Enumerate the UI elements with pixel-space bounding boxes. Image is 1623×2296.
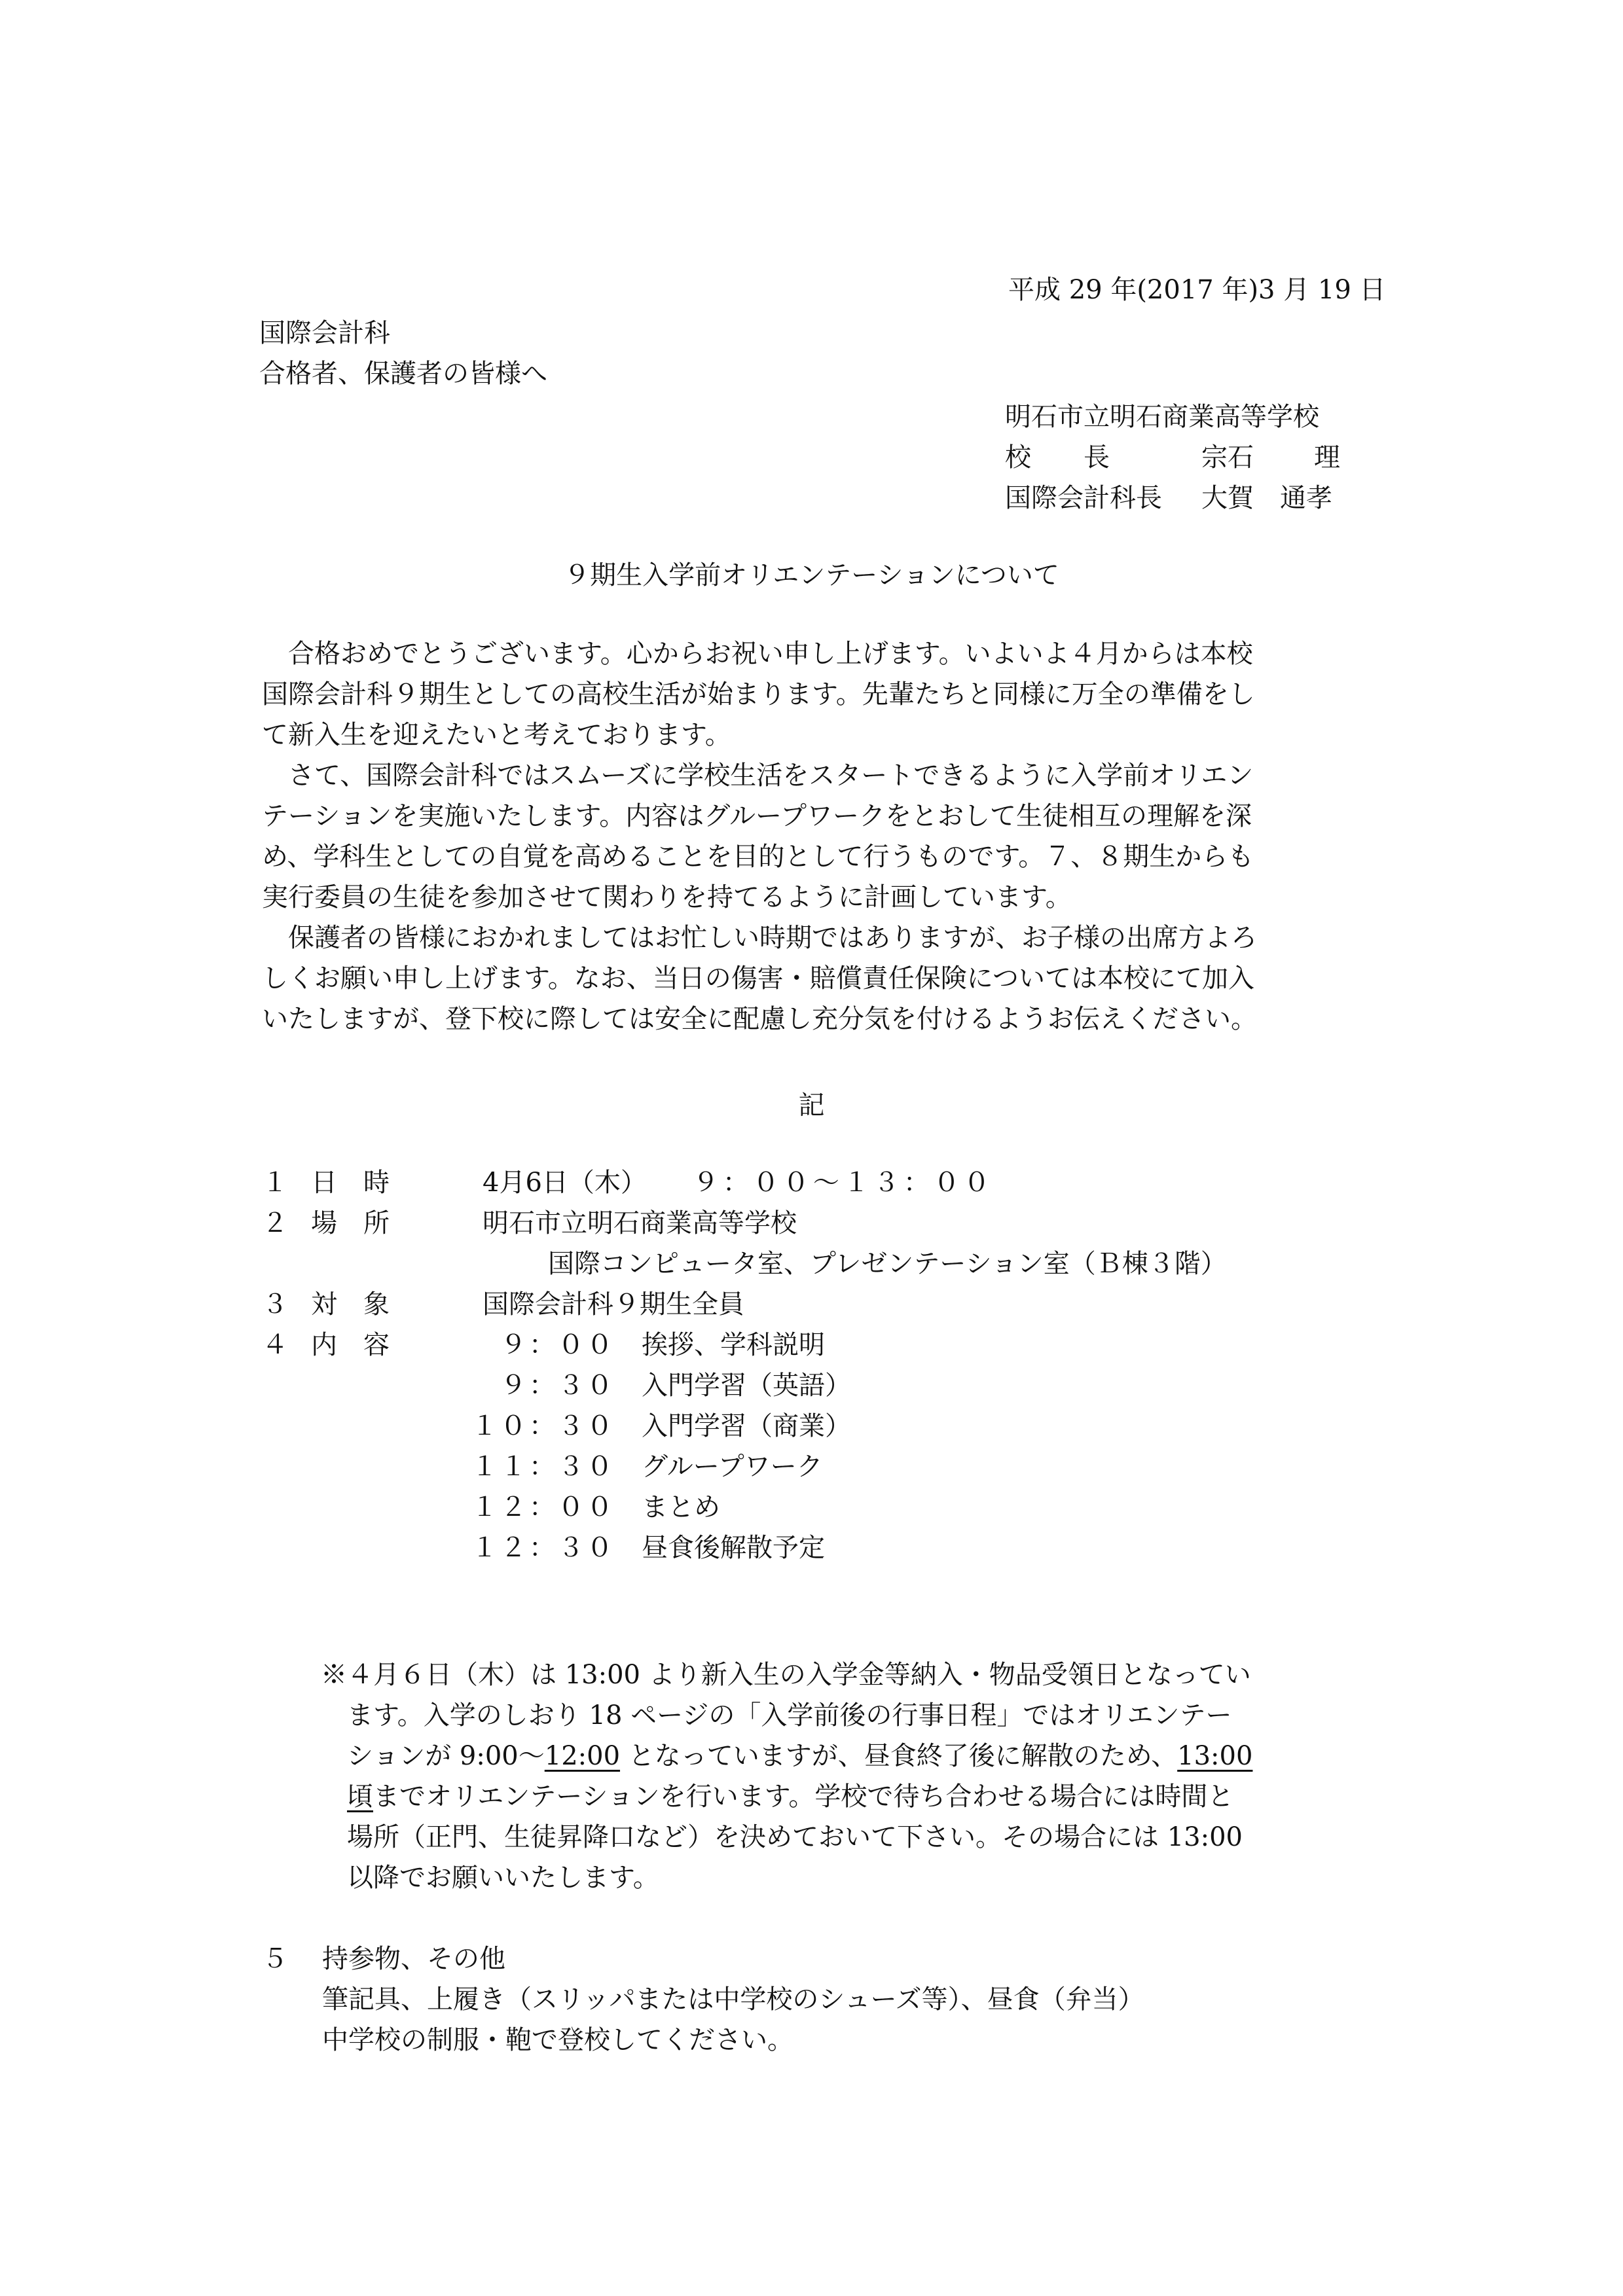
schedule-row: １１：３０ グループワーク xyxy=(367,1446,851,1487)
principal-name: 宗石理 xyxy=(1201,437,1340,478)
item5-line: 筆記具、上履き（スリッパまたは中学校のシューズ等）、昼食（弁当） xyxy=(262,1979,1144,2020)
ki-heading: 記 xyxy=(0,1085,1623,1126)
paragraph-line: め、学科生としての自覚を高めることを目的として行うものです。７、８期生からも xyxy=(236,836,1388,877)
schedule-activity: 入門学習（商業） xyxy=(642,1406,851,1446)
document-title: ９期生入学前オリエンテーションについて xyxy=(0,555,1623,596)
document-date: 平成 29 年(2017 年)3 月 19 日 xyxy=(1008,270,1386,310)
dept-head-name: 大賀 通孝 xyxy=(1201,478,1332,518)
addressee-department: 国際会計科 xyxy=(259,313,547,353)
schedule-row: ９：３０ 入門学習（英語） xyxy=(367,1365,851,1406)
item-value: 国際会計科９期生全員 xyxy=(483,1284,744,1325)
item5-line: 中学校の制服・鞄で登校してください。 xyxy=(262,2020,1144,2060)
paragraph-line: いたしますが、登下校に際しては安全に配慮し充分気を付けるようお伝えください。 xyxy=(236,999,1388,1039)
schedule-time: ９：３０ xyxy=(367,1365,615,1406)
sender-school: 明石市立明石商業高等学校 xyxy=(1005,397,1340,437)
addressee-block: 国際会計科 合格者、保護者の皆様へ xyxy=(259,313,547,394)
item-label: 場所 xyxy=(311,1203,483,1244)
paragraph-line: 保護者の皆様におかれましてはお忙しい時期ではありますが、お子様の出席方よろ xyxy=(236,918,1388,958)
sender-principal: 校長 宗石理 xyxy=(1005,437,1340,478)
note-block: ※４月６日（木）は 13:00 より新入生の入学金等納入・物品受領日となってい … xyxy=(321,1655,1252,1898)
schedule-time: １２：３０ xyxy=(367,1528,615,1568)
note-line: ※４月６日（木）は 13:00 より新入生の入学金等納入・物品受領日となってい xyxy=(321,1655,1252,1695)
item-value-sub: 国際コンピュータ室、プレゼンテーション室（Ｂ棟３階） xyxy=(456,1244,1227,1284)
schedule-row: ９：００ 挨拶、学科説明 xyxy=(367,1325,851,1365)
item-label: 日時 xyxy=(311,1162,483,1203)
underlined-time: 13:00 xyxy=(1177,1741,1252,1771)
paragraph-orientation-purpose: さて、国際会計科ではスムーズに学校生活をスタートできるように入学前オリエン テー… xyxy=(236,755,1388,918)
note-line: ます。入学のしおり 18 ページの「入学前後の行事日程」ではオリエンテー xyxy=(321,1695,1252,1736)
underlined-time: 12:00 xyxy=(545,1741,620,1771)
schedule-row: １０：３０ 入門学習（商業） xyxy=(367,1406,851,1446)
schedule-row: １２：３０ 昼食後解散予定 xyxy=(367,1528,851,1568)
note-line: 頃までオリエンテーションを行います。学校で待ち合わせる場合には時間と xyxy=(321,1776,1252,1817)
schedule-row: １２：００ まとめ xyxy=(367,1487,851,1528)
schedule-table: ９：００ 挨拶、学科説明 ９：３０ 入門学習（英語） １０：３０ 入門学習（商業… xyxy=(367,1325,851,1568)
body-text: 合格おめでとうございます。心からお祝い申し上げます。いよいよ４月からは本校 国際… xyxy=(236,634,1388,1039)
item-location: ２ 場所 明石市立明石商業高等学校 xyxy=(262,1203,1227,1244)
principal-role: 校長 xyxy=(1005,437,1201,478)
sender-block: 明石市立明石商業高等学校 校長 宗石理 国際会計科長 大賀 通孝 xyxy=(1005,397,1340,518)
schedule-activity: 入門学習（英語） xyxy=(642,1365,851,1406)
item5-heading-line: ５持参物、その他 xyxy=(262,1939,1144,1979)
item-target: ３ 対象 国際会計科９期生全員 xyxy=(262,1284,1227,1325)
paragraph-parents-request: 保護者の皆様におかれましてはお忙しい時期ではありますが、お子様の出席方よろ しく… xyxy=(236,918,1388,1039)
paragraph-line: 合格おめでとうございます。心からお祝い申し上げます。いよいよ４月からは本校 xyxy=(236,634,1388,674)
schedule-time: １０：３０ xyxy=(367,1406,615,1446)
note-line: 場所（正門、生徒昇降口など）を決めておいて下さい。その場合には 13:00 xyxy=(321,1817,1252,1857)
ki-text: 記 xyxy=(799,1090,825,1121)
paragraph-line: さて、国際会計科ではスムーズに学校生活をスタートできるように入学前オリエン xyxy=(236,755,1388,796)
schedule-activity: 挨拶、学科説明 xyxy=(642,1325,825,1365)
item-number: ２ xyxy=(262,1203,311,1244)
underlined-text: 頃 xyxy=(347,1782,373,1812)
item-value-date: 4月6日（木） xyxy=(483,1162,647,1203)
school-name: 明石市立明石商業高等学校 xyxy=(1005,397,1319,437)
schedule-time: ９：００ xyxy=(367,1325,615,1365)
item-value: 明石市立明石商業高等学校 xyxy=(483,1203,797,1244)
note-line: 以降でお願いいたします。 xyxy=(321,1857,1252,1898)
schedule-time: １１：３０ xyxy=(367,1446,615,1487)
item-number: １ xyxy=(262,1162,311,1203)
item-location-rooms: 国際コンピュータ室、プレゼンテーション室（Ｂ棟３階） xyxy=(262,1244,1227,1284)
item-belongings: ５持参物、その他 筆記具、上履き（スリッパまたは中学校のシューズ等）、昼食（弁当… xyxy=(262,1939,1144,2060)
title-text: ９期生入学前オリエンテーションについて xyxy=(564,560,1059,590)
item5-heading: 持参物、その他 xyxy=(322,1944,505,1974)
item-number: ４ xyxy=(262,1325,311,1365)
schedule-time: １２：００ xyxy=(367,1487,615,1528)
item-number: ３ xyxy=(262,1284,311,1325)
paragraph-line: テーションを実施いたします。内容はグループワークをとおして生徒相互の理解を深 xyxy=(236,796,1388,836)
paragraph-line: て新入生を迎えたいと考えております。 xyxy=(236,715,1388,755)
schedule-activity: まとめ xyxy=(642,1487,720,1528)
item-value-time: ９：００～１３：００ xyxy=(693,1162,994,1203)
dept-head-role: 国際会計科長 xyxy=(1005,478,1201,518)
paragraph-line: しくお願い申し上げます。なお、当日の傷害・賠償責任保険については本校にて加入 xyxy=(236,958,1388,999)
schedule-activity: 昼食後解散予定 xyxy=(642,1528,825,1568)
item-datetime: １ 日時 4月6日（木） ９：００～１３：００ xyxy=(262,1162,1227,1203)
paragraph-line: 国際会計科９期生としての高校生活が始まります。先輩たちと同様に万全の準備をし xyxy=(236,674,1388,715)
paragraph-congratulations: 合格おめでとうございます。心からお祝い申し上げます。いよいよ４月からは本校 国際… xyxy=(236,634,1388,755)
schedule-activity: グループワーク xyxy=(642,1446,823,1487)
sender-dept-head: 国際会計科長 大賀 通孝 xyxy=(1005,478,1340,518)
addressee-recipients: 合格者、保護者の皆様へ xyxy=(259,353,547,394)
note-line: ションが 9:00～12:00 となっていますが、昼食終了後に解散のため、13:… xyxy=(321,1736,1252,1776)
paragraph-line: 実行委員の生徒を参加させて関わりを持てるように計画しています。 xyxy=(236,877,1388,918)
item-label: 対象 xyxy=(311,1284,483,1325)
item-number: ５ xyxy=(262,1939,322,1979)
